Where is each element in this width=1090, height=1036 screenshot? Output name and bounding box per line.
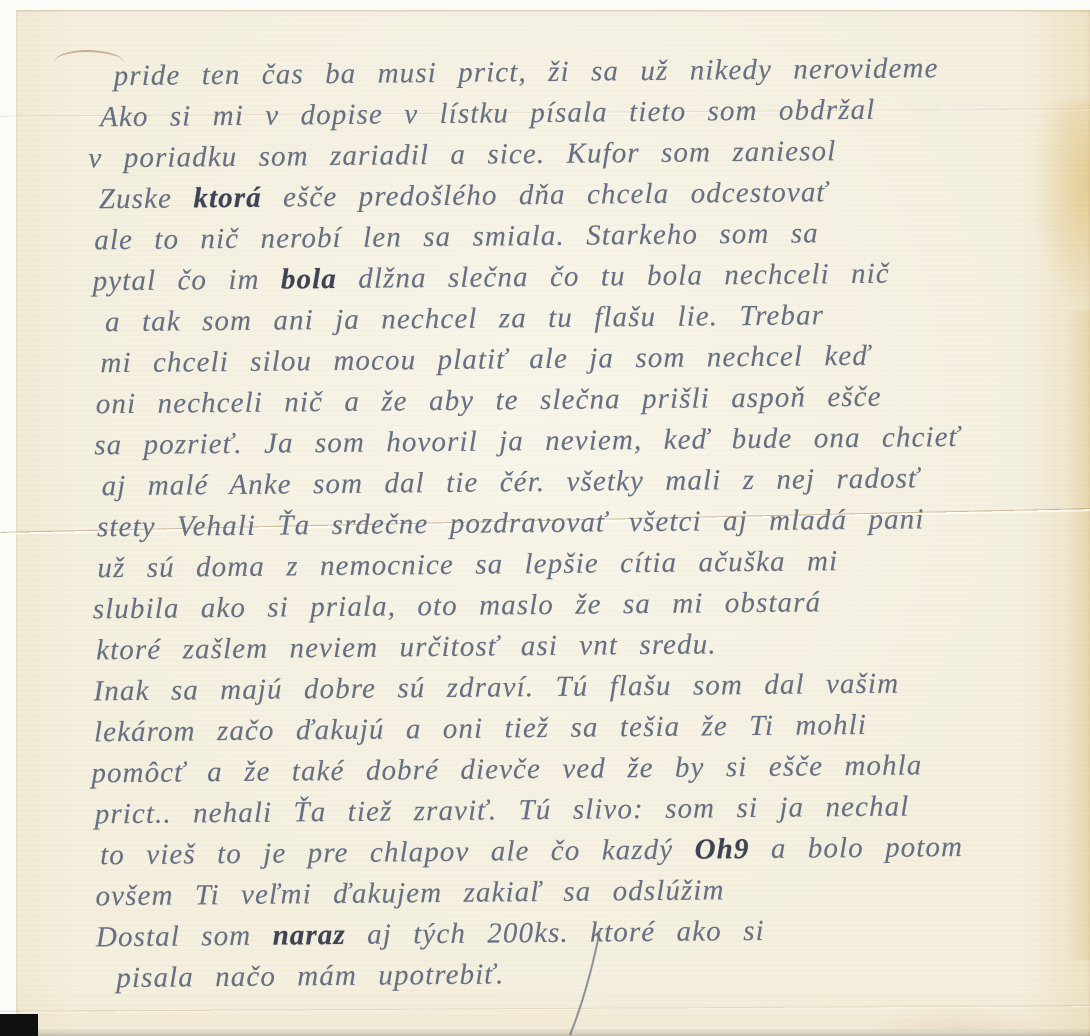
letter-text: ale to nič nerobí len sa smiala. Starkeh…: [94, 217, 819, 256]
letter-text: oni nechceli nič a že aby te slečna priš…: [96, 381, 882, 421]
letter-text: Dostal som: [96, 920, 273, 954]
letter-text: už sú doma z nemocnice sa lepšie cítia a…: [97, 545, 838, 584]
letter-text: ktoré zašlem neviem určitosť asi vnt sre…: [96, 628, 717, 666]
letter-text: to vieš to je pre chlapov ale čo kazdý: [100, 834, 695, 872]
scanned-letter-page: pride ten čas ba musi prict, ži sa už ni…: [0, 0, 1090, 1036]
letter-text: prict.. nehali Ťa tiež zraviť. Tú slivo:…: [95, 791, 910, 831]
handwritten-text-block: pride ten čas ba musi prict, ži sa už ni…: [0, 47, 1090, 1000]
letter-text: aj malé Anke som dal tie čér. všetky mal…: [101, 462, 919, 502]
letter-text: Inak sa majú dobre sú zdraví. Tú flašu s…: [93, 668, 899, 708]
overwritten-word: Oh9: [694, 833, 749, 866]
letter-text: ešče predošlého dňa chcela odcestovať: [262, 176, 829, 213]
letter-text: dlžna slečna čo tu bola nechceli nič: [337, 258, 890, 295]
age-stain: [870, 1006, 1050, 1030]
letter-text: v poriadku som zariadil a sice. Kufor so…: [88, 135, 836, 174]
scanner-corner-black: [0, 1014, 38, 1036]
letter-text: a tak som ani ja nechcel za tu flašu lie…: [105, 299, 824, 338]
letter-text: a bolo potom: [749, 831, 963, 865]
overwritten-word: bola: [281, 263, 337, 296]
letter-text: lekárom začo ďakujú a oni tiež sa tešia …: [94, 709, 867, 748]
letter-text: aj tých 200ks. ktoré ako si: [346, 915, 765, 951]
letter-text: pride ten čas ba musi prict, ži sa už ni…: [114, 52, 939, 92]
letter-text: ovšem Ti veľmi ďakujem zakiaľ sa odslúži…: [95, 874, 724, 912]
letter-text: mi chceli silou mocou platiť ale ja som …: [100, 340, 871, 379]
letter-text: pisala načo mám upotrebiť.: [116, 958, 504, 994]
letter-text: slubila ako si priala, oto maslo že sa m…: [93, 586, 822, 625]
letter-text: Ako si mi v dopise v lístku písala tieto…: [100, 94, 875, 133]
letter-text: pomôcť a že také dobré dievče ved že by …: [91, 749, 922, 789]
letter-text: stety Vehali Ťa srdečne pozdravovať všet…: [97, 503, 925, 543]
overwritten-word: ktorá: [193, 182, 262, 215]
letter-text: Zuske: [99, 182, 194, 215]
letter-text: sa pozrieť. Ja som hovoril ja neviem, ke…: [94, 421, 960, 461]
overwritten-word: naraz: [272, 919, 346, 952]
scan-edge-shadow: [0, 1028, 1090, 1036]
letter-text: pytal čo im: [93, 264, 282, 298]
